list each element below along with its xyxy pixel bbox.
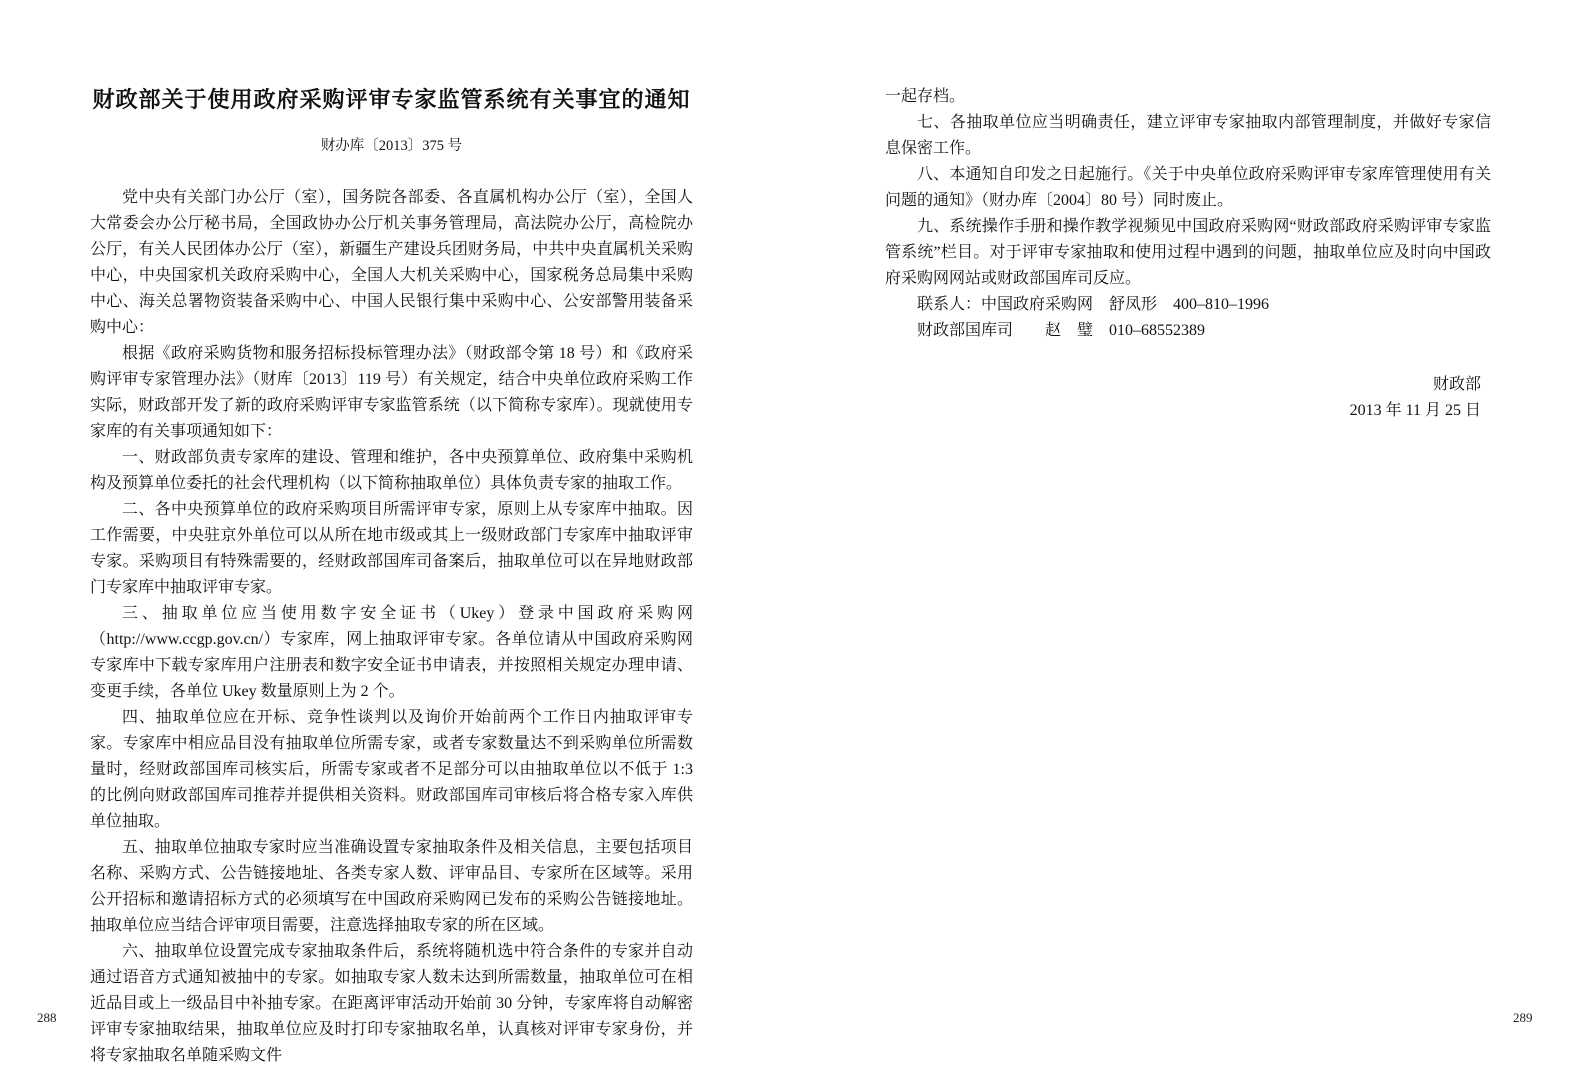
paragraph-item-6-continued: 一起存档。 [885, 84, 1491, 110]
contact-line-ccgp: 联系人：中国政府采购网 舒凤形 400–810–1996 [885, 292, 1491, 318]
signature-date: 2013 年 11 月 25 日 [885, 398, 1481, 424]
paragraph-item-7: 七、各抽取单位应当明确责任，建立评审专家抽取内部管理制度，并做好专家信息保密工作… [885, 110, 1491, 162]
right-body: 一起存档。 七、各抽取单位应当明确责任，建立评审专家抽取内部管理制度，并做好专家… [885, 0, 1491, 424]
paragraph-item-4: 四、抽取单位应在开标、竞争性谈判以及询价开始前两个工作日内抽取评审专家。专家库中… [90, 705, 693, 835]
page-left: 财政部关于使用政府采购评审专家监管系统有关事宜的通知 财办库〔2013〕375 … [90, 0, 693, 1077]
document-number: 财办库〔2013〕375 号 [90, 136, 693, 156]
left-body: 党中央有关部门办公厅（室），国务院各部委、各直属机构办公厅（室），全国人大常委会… [90, 185, 693, 1069]
paragraph-item-9: 九、系统操作手册和操作教学视频见中国政府采购网“财政部政府采购评审专家监管系统”… [885, 214, 1491, 292]
paragraph-addressees: 党中央有关部门办公厅（室），国务院各部委、各直属机构办公厅（室），全国人大常委会… [90, 185, 693, 341]
page-number-right: 289 [1513, 1010, 1533, 1026]
paragraph-item-3: 三、抽取单位应当使用数字安全证书（Ukey）登录中国政府采购网（http://w… [90, 601, 693, 705]
paragraph-preamble: 根据《政府采购货物和服务招标投标管理办法》（财政部令第 18 号）和《政府采购评… [90, 341, 693, 445]
signature-org: 财政部 [885, 372, 1481, 398]
paragraph-item-2: 二、各中央预算单位的政府采购项目所需评审专家，原则上从专家库中抽取。因工作需要，… [90, 497, 693, 601]
contact-line-treasury: 财政部国库司 赵 璧 010–68552389 [885, 318, 1491, 344]
paragraph-item-8: 八、本通知自印发之日起施行。《关于中央单位政府采购评审专家库管理使用有关问题的通… [885, 162, 1491, 214]
paragraph-item-5: 五、抽取单位抽取专家时应当准确设置专家抽取条件及相关信息，主要包括项目名称、采购… [90, 835, 693, 939]
signature-block: 财政部 2013 年 11 月 25 日 [885, 372, 1491, 424]
document-title: 财政部关于使用政府采购评审专家监管系统有关事宜的通知 [90, 86, 693, 114]
contact-block: 联系人：中国政府采购网 舒凤形 400–810–1996 财政部国库司 赵 璧 … [885, 292, 1491, 344]
paragraph-item-1: 一、财政部负责专家库的建设、管理和维护，各中央预算单位、政府集中采购机构及预算单… [90, 445, 693, 497]
page-number-left: 288 [37, 1010, 57, 1026]
document-spread: 财政部关于使用政府采购评审专家监管系统有关事宜的通知 财办库〔2013〕375 … [0, 0, 1587, 1077]
paragraph-item-6: 六、抽取单位设置完成专家抽取条件后，系统将随机选中符合条件的专家并自动通过语音方… [90, 939, 693, 1069]
page-right: 一起存档。 七、各抽取单位应当明确责任，建立评审专家抽取内部管理制度，并做好专家… [885, 0, 1491, 1077]
